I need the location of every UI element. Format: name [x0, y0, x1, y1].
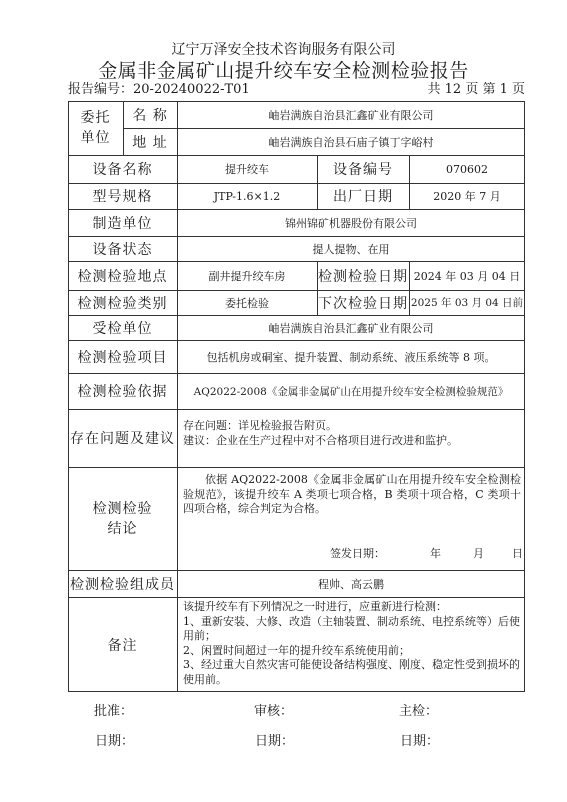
status-value: 提人提物、在用 — [177, 236, 525, 261]
review-label: 审核： — [254, 700, 293, 719]
conclusion-label: 检测检验 结论 — [68, 467, 177, 570]
factory-date-value: 2020 年 7 月 — [409, 183, 525, 209]
equipment-name-label: 设备名称 — [68, 155, 177, 183]
basis-label: 检测检验依据 — [68, 373, 177, 409]
equipment-name-value: 提升绞车 — [177, 155, 317, 183]
remarks-line: 该提升绞车有下列情况之一时进行，应重新进行检测： — [183, 600, 521, 615]
remarks-label: 备注 — [68, 597, 177, 692]
factory-date-label: 出厂日期 — [317, 183, 409, 209]
approve-date-label: 日期： — [95, 730, 134, 749]
items-value: 包括机房或硐室、提升装置、制动系统、液压系统等 8 项。 — [177, 340, 525, 373]
approve-label: 批准： — [94, 700, 133, 719]
suggestion-line: 建议：企业在生产过程中对不合格项目进行改进和监护。 — [183, 434, 521, 449]
client-name-label: 名 称 — [123, 101, 177, 128]
manufacturer-value: 锦州锦矿机器股份有限公司 — [177, 209, 525, 236]
remarks-line: 2、闲置时间超过一年的提升绞车系统使用前； — [183, 644, 521, 659]
issues-line: 存在问题：详见检验报告附页。 — [183, 419, 521, 434]
model-value: JTP-1.6×1.2 — [177, 183, 317, 209]
issue-month: 月 — [473, 547, 484, 562]
chief-date-label: 日期： — [400, 730, 439, 749]
issues-label: 存在问题及建议 — [68, 409, 177, 467]
remarks-line: 1、重新安装、大修、改造（主轴装置、制动系统、电控系统等）后使用前； — [183, 615, 521, 644]
basis-value: AQ2022-2008《金属非金属矿山在用提升绞车安全检测检验规范》 — [177, 373, 525, 409]
conclusion-label-line1: 检测检验 — [93, 499, 153, 519]
inspected-unit-value: 岫岩满族自治县汇鑫矿业有限公司 — [177, 315, 525, 340]
issue-day: 日 — [512, 547, 523, 562]
issue-date-label: 签发日期： — [330, 547, 385, 560]
client-label-line1: 委托 — [81, 108, 111, 128]
issues-text: 存在问题：详见检验报告附页。 建议：企业在生产过程中对不合格项目进行改进和监护。 — [183, 419, 521, 448]
issue-date: 签发日期： 年 月 日 — [330, 547, 520, 562]
status-label: 设备状态 — [68, 236, 177, 261]
conclusion-text: 依据 AQ2022-2008《金属非金属矿山在用提升绞车安全检测检验规范》，该提… — [183, 473, 521, 517]
issue-year: 年 — [430, 547, 441, 562]
review-date-label: 日期： — [255, 730, 294, 749]
next-date-value: 2025 年 03 月 04 日前 — [409, 290, 525, 315]
remarks-text: 该提升绞车有下列情况之一时进行，应重新进行检测： 1、重新安装、大修、改造（主轴… — [183, 600, 521, 687]
type-label: 检测检验类别 — [68, 290, 177, 315]
client-address-value: 岫岩满族自治县石庙子镇丁字峪村 — [177, 128, 525, 155]
client-label-line2: 单位 — [81, 128, 111, 148]
conclusion-label-line2: 结论 — [108, 519, 138, 539]
client-name-value: 岫岩满族自治县汇鑫矿业有限公司 — [177, 101, 525, 128]
equipment-number-label: 设备编号 — [317, 155, 409, 183]
inspected-unit-label: 受检单位 — [68, 315, 177, 340]
client-group-label: 委托 单位 — [68, 101, 123, 155]
remarks-line: 3、经过重大自然灾害可能使设备结构强度、刚度、稳定性受到损坏的使用前。 — [183, 658, 521, 687]
manufacturer-label: 制造单位 — [68, 209, 177, 236]
location-label: 检测检验地点 — [68, 261, 177, 290]
equipment-number-value: 070602 — [409, 155, 525, 183]
team-value: 程帅、高云鹏 — [177, 570, 525, 597]
next-date-label: 下次检验日期 — [317, 290, 409, 315]
chief-inspector-label: 主检： — [399, 700, 438, 719]
items-label: 检测检验项目 — [68, 340, 177, 373]
type-value: 委托检验 — [177, 290, 317, 315]
client-address-label: 地 址 — [123, 128, 177, 155]
report-table: 委托 单位 名 称 岫岩满族自治县汇鑫矿业有限公司 地 址 岫岩满族自治县石庙子… — [0, 0, 567, 802]
inspection-date-label: 检测检验日期 — [317, 261, 409, 290]
inspection-date-value: 2024 年 03 月 04 日 — [409, 261, 525, 290]
team-label: 检测检验组成员 — [68, 570, 177, 597]
location-value: 副井提升绞车房 — [177, 261, 317, 290]
model-label: 型号规格 — [68, 183, 177, 209]
